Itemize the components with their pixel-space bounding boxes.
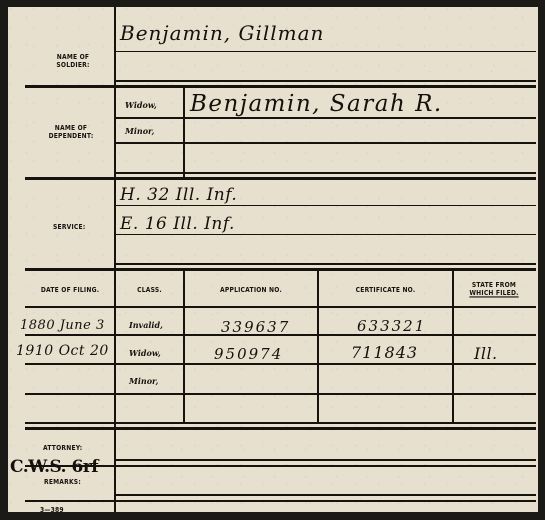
- row2-application-no: 950974: [214, 345, 283, 363]
- pension-index-card: NAME OF SOLDIER: Benjamin, Gillman NAME …: [8, 7, 538, 512]
- soldier-section-divider: [25, 85, 536, 88]
- soldier-bottom-rule-right: [116, 80, 536, 82]
- label-name-of-soldier-2: SOLDIER:: [48, 61, 98, 69]
- row3-rule: [25, 393, 536, 395]
- row1-class: Invalid,: [129, 320, 163, 330]
- dependent-subdivider: [183, 87, 185, 177]
- row1-certificate-no: 633321: [357, 317, 426, 335]
- row2-date: 1910 Oct 20: [16, 343, 109, 359]
- row2-class: Widow,: [129, 348, 161, 358]
- row2-rule: [25, 363, 536, 365]
- row2-certificate-no: 711843: [351, 343, 418, 362]
- service-line-2: E. 16 Ill. Inf.: [120, 214, 235, 234]
- row1-rule: [25, 334, 536, 336]
- header-date-of-filing: DATE OF FILING.: [30, 286, 110, 294]
- service-section-divider: [25, 268, 536, 271]
- table-bottom-divider: [25, 427, 536, 430]
- main-column-divider: [114, 7, 116, 512]
- remarks-bottom-divider: [25, 500, 536, 502]
- label-service: SERVICE:: [53, 223, 85, 231]
- label-name-of-dependent-1: NAME OF: [41, 124, 101, 132]
- widow-rule: [116, 117, 536, 119]
- header-certificate-no: CERTIFICATE NO.: [319, 286, 452, 294]
- widow-name: Benjamin, Sarah R.: [190, 91, 443, 117]
- row1-date: 1880 June 3: [20, 318, 105, 333]
- soldier-name: Benjamin, Gillman: [120, 21, 324, 45]
- remarks-stamp: C.W.S. 6rf: [10, 457, 98, 477]
- row4-rule: [25, 422, 536, 424]
- label-attorney: ATTORNEY:: [43, 444, 82, 452]
- attorney-rule-right: [116, 459, 536, 461]
- form-number: 3—389: [40, 506, 64, 512]
- header-state-from-which-filed-1: STATE FROM: [454, 281, 534, 289]
- service-rule-2: [116, 234, 536, 235]
- dependent-section-divider: [25, 177, 536, 180]
- label-name-of-soldier-1: NAME OF: [48, 53, 98, 61]
- remarks-rule-right: [116, 494, 536, 496]
- service-bottom-rule-right: [116, 263, 536, 265]
- dependent-bottom-rule-right: [116, 172, 536, 174]
- label-name-of-dependent-2: DEPENDENT:: [41, 132, 101, 140]
- label-remarks: REMARKS:: [44, 478, 81, 486]
- table-header-rule: [25, 306, 536, 308]
- header-state-from-which-filed-2: WHICH FILED.: [454, 289, 534, 297]
- attorney-remarks-divider: [25, 465, 536, 467]
- header-application-no: APPLICATION NO.: [185, 286, 317, 294]
- label-minor: Minor,: [125, 126, 154, 136]
- label-widow: Widow,: [125, 100, 157, 110]
- minor-rule: [116, 142, 536, 144]
- service-line-1: H. 32 Ill. Inf.: [120, 185, 237, 205]
- service-rule-1: [116, 205, 536, 206]
- header-class: CLASS.: [116, 286, 183, 294]
- row3-class: Minor,: [129, 376, 158, 386]
- row2-state: Ill.: [474, 344, 498, 363]
- soldier-name-rule: [116, 51, 536, 52]
